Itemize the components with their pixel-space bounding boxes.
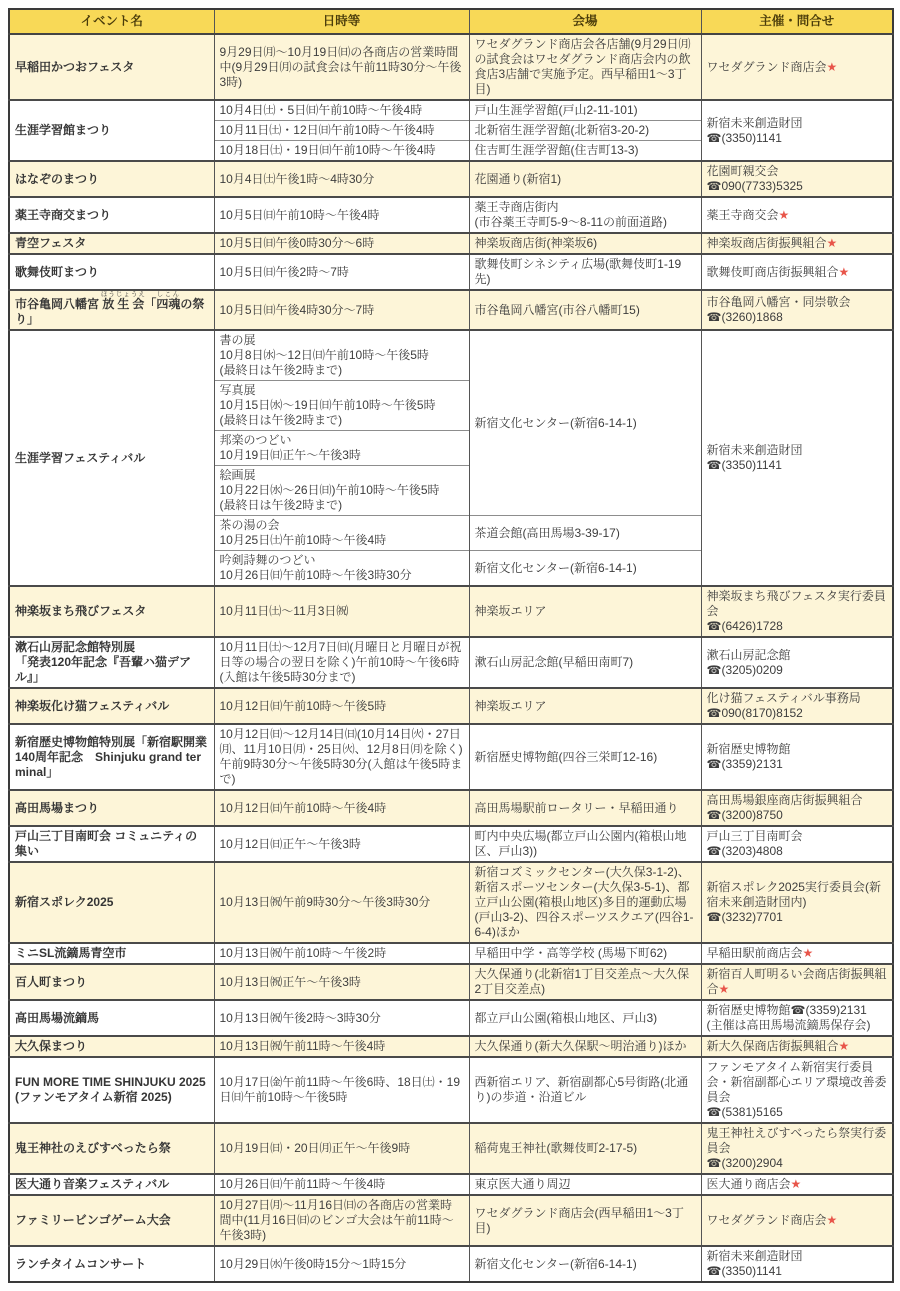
event-venue: 都立戸山公園(箱根山地区、戸山3) (469, 1000, 701, 1036)
event-venue: 稲荷鬼王神社(歌舞伎町2-17-5) (469, 1123, 701, 1174)
event-venue: 茶道会館(高田馬場3-39-17) (469, 516, 701, 551)
event-datetime: 10月12日㈰正午〜午後3時 (214, 826, 469, 862)
event-venue: 花園通り(新宿1) (469, 161, 701, 197)
event-organizer: 新宿未来創造財団 ☎(3350)1141 (701, 100, 893, 161)
event-organizer: 新宿未来創造財団 ☎(3350)1141 (701, 330, 893, 586)
event-name: 市谷亀岡八幡宮 放生会ほうじょうえ「四魂しこんの祭り」 (9, 290, 214, 330)
event-organizer: 鬼王神社えびすべったら祭実行委員会 ☎(3200)2904 (701, 1123, 893, 1174)
event-datetime: 10月5日㈰午前10時〜午後4時 (214, 197, 469, 233)
event-name: はなぞのまつり (9, 161, 214, 197)
star-icon: ★ (827, 60, 838, 74)
event-name: 神楽坂まち飛びフェスタ (9, 586, 214, 637)
event-organizer: 神楽坂商店街振興組合★ (701, 233, 893, 254)
star-icon: ★ (839, 265, 850, 279)
event-name: 高田馬場まつり (9, 790, 214, 826)
event-venue: 町内中央広場(都立戸山公園内(箱根山地区、戸山3)) (469, 826, 701, 862)
event-datetime: 10月12日㈰〜12月14日㈰(10月14日㈫・27日㈪、11月10日㈪・25日… (214, 724, 469, 790)
column-header-datetime: 日時等 (214, 9, 469, 34)
event-datetime: 10月18日㈯・19日㈰午前10時〜午後4時 (214, 141, 469, 162)
event-name: 鬼王神社のえびすべったら祭 (9, 1123, 214, 1174)
event-organizer: 薬王寺商交会★ (701, 197, 893, 233)
table-row: 市谷亀岡八幡宮 放生会ほうじょうえ「四魂しこんの祭り」10月5日㈰午後4時30分… (9, 290, 893, 330)
event-name: 百人町まつり (9, 964, 214, 1000)
event-venue: 神楽坂エリア (469, 688, 701, 724)
event-organizer: ワセダグランド商店会★ (701, 1195, 893, 1246)
event-venue: 歌舞伎町シネシティ広場(歌舞伎町1-19先) (469, 254, 701, 290)
star-icon: ★ (791, 1177, 802, 1191)
event-venue: 西新宿エリア、新宿副都心5号街路(北通り)の歩道・沿道ビル (469, 1057, 701, 1123)
table-row: 神楽坂化け猫フェスティバル10月12日㈰午前10時〜午後5時神楽坂エリア化け猫フ… (9, 688, 893, 724)
event-organizer: 新宿歴史博物館☎(3359)2131 (主催は高田馬場流鏑馬保存会) (701, 1000, 893, 1036)
event-datetime: 10月11日㈯〜11月3日㈷ (214, 586, 469, 637)
event-organizer: 新宿未来創造財団 ☎(3350)1141 (701, 1246, 893, 1282)
event-datetime: 10月4日㈯・5日㈰午前10時〜午後4時 (214, 100, 469, 121)
event-organizer: 戸山三丁目南町会 ☎(3203)4808 (701, 826, 893, 862)
table-row: 生涯学習フェスティバル書の展 10月8日㈬〜12日㈰午前10時〜午後5時 (最終… (9, 330, 893, 381)
event-datetime: 絵画展 10月22日㈬〜26日㈰)午前10時〜午後5時 (最終日は午後2時まで) (214, 466, 469, 516)
event-organizer: 新宿百人町明るい会商店街振興組合★ (701, 964, 893, 1000)
table-row: 漱石山房記念館特別展 「発表120年記念『吾輩ハ猫デアル』」10月11日㈯〜12… (9, 637, 893, 688)
event-datetime: 10月13日㈷午前10時〜午後2時 (214, 943, 469, 964)
table-row: 百人町まつり10月13日㈷正午〜午後3時大久保通り(北新宿1丁目交差点〜大久保2… (9, 964, 893, 1000)
event-venue: 高田馬場駅前ロータリー・早稲田通り (469, 790, 701, 826)
event-name: 歌舞伎町まつり (9, 254, 214, 290)
table-row: 新宿歴史博物館特別展「新宿駅開業140周年記念 Shinjuku grand t… (9, 724, 893, 790)
table-row: 早稲田かつおフェスタ9月29日㈪〜10月19日㈰の各商店の営業時間中(9月29日… (9, 34, 893, 100)
star-icon: ★ (803, 946, 814, 960)
event-organizer: 漱石山房記念館 ☎(3205)0209 (701, 637, 893, 688)
event-venue: ワセダグランド商店会各店舗(9月29日㈪の試食会はワセダグランド商店会内の飲食店… (469, 34, 701, 100)
event-name: 医大通り音楽フェスティバル (9, 1174, 214, 1195)
event-organizer: ファンモアタイム新宿実行委員会・新宿副都心エリア環境改善委員会 ☎(5381)5… (701, 1057, 893, 1123)
event-datetime: 9月29日㈪〜10月19日㈰の各商店の営業時間中(9月29日㈪の試食会は午前11… (214, 34, 469, 100)
event-datetime: 茶の湯の会 10月25日㈯午前10時〜午後4時 (214, 516, 469, 551)
event-name: ミニSL流鏑馬青空市 (9, 943, 214, 964)
event-datetime: 写真展 10月15日㈬〜19日㈰午前10時〜午後5時 (最終日は午後2時まで) (214, 381, 469, 431)
event-name: 漱石山房記念館特別展 「発表120年記念『吾輩ハ猫デアル』」 (9, 637, 214, 688)
table-row: 薬王寺商交まつり10月5日㈰午前10時〜午後4時薬王寺商店街内 (市谷薬王寺町5… (9, 197, 893, 233)
table-row: 高田馬場流鏑馬10月13日㈷午後2時〜3時30分都立戸山公園(箱根山地区、戸山3… (9, 1000, 893, 1036)
column-header-event: イベント名 (9, 9, 214, 34)
event-venue: ワセダグランド商店会(西早稲田1〜3丁目) (469, 1195, 701, 1246)
event-datetime: 10月5日㈰午後0時30分〜6時 (214, 233, 469, 254)
table-row: 新宿スポレク202510月13日㈷午前9時30分〜午後3時30分新宿コズミックセ… (9, 862, 893, 943)
event-organizer: 歌舞伎町商店街振興組合★ (701, 254, 893, 290)
table-row: ランチタイムコンサート10月29日㈬午後0時15分〜1時15分新宿文化センター(… (9, 1246, 893, 1282)
event-organizer: 花園町親交会 ☎090(7733)5325 (701, 161, 893, 197)
star-icon: ★ (839, 1039, 850, 1053)
event-organizer: 新宿歴史博物館 ☎(3359)2131 (701, 724, 893, 790)
event-venue: 新宿文化センター(新宿6-14-1) (469, 551, 701, 587)
table-row: 高田馬場まつり10月12日㈰午前10時〜午後4時高田馬場駅前ロータリー・早稲田通… (9, 790, 893, 826)
event-name: 高田馬場流鏑馬 (9, 1000, 214, 1036)
event-datetime: 邦楽のつどい 10月19日㈰正午〜午後3時 (214, 431, 469, 466)
event-venue: 戸山生涯学習館(戸山2-11-101) (469, 100, 701, 121)
event-datetime: 10月5日㈰午後4時30分〜7時 (214, 290, 469, 330)
event-name: 生涯学習フェスティバル (9, 330, 214, 586)
event-name: 生涯学習館まつり (9, 100, 214, 161)
column-header-venue: 会場 (469, 9, 701, 34)
table-row: FUN MORE TIME SHINJUKU 2025 (ファンモアタイム新宿 … (9, 1057, 893, 1123)
event-datetime: 10月12日㈰午前10時〜午後4時 (214, 790, 469, 826)
table-row: ミニSL流鏑馬青空市10月13日㈷午前10時〜午後2時早稲田中学・高等学校 (馬… (9, 943, 893, 964)
event-name: 新宿歴史博物館特別展「新宿駅開業140周年記念 Shinjuku grand t… (9, 724, 214, 790)
event-datetime: 10月17日㈮午前11時〜午後6時、18日㈯・19日㈰午前10時〜午後5時 (214, 1057, 469, 1123)
event-organizer: 神楽坂まち飛びフェスタ実行委員会 ☎(6426)1728 (701, 586, 893, 637)
event-venue: 新宿文化センター(新宿6-14-1) (469, 330, 701, 516)
event-datetime: 10月11日㈯〜12月7日㈰(月曜日と月曜日が祝日等の場合の翌日を除く)午前10… (214, 637, 469, 688)
event-datetime: 10月13日㈷午前9時30分〜午後3時30分 (214, 862, 469, 943)
event-datetime: 書の展 10月8日㈬〜12日㈰午前10時〜午後5時 (最終日は午後2時まで) (214, 330, 469, 381)
event-datetime: 10月4日㈯午後1時〜4時30分 (214, 161, 469, 197)
event-name: 薬王寺商交まつり (9, 197, 214, 233)
event-organizer: 高田馬場銀座商店街振興組合 ☎(3200)8750 (701, 790, 893, 826)
event-organizer: 化け猫フェスティバル事務局 ☎090(8170)8152 (701, 688, 893, 724)
event-name: 大久保まつり (9, 1036, 214, 1057)
event-organizer: 早稲田駅前商店会★ (701, 943, 893, 964)
star-icon: ★ (827, 236, 838, 250)
header-row: イベント名 日時等 会場 主催・問合せ (9, 9, 893, 34)
event-organizer: 市谷亀岡八幡宮・同崇敬会 ☎(3260)1868 (701, 290, 893, 330)
event-organizer: 新宿スポレク2025実行委員会(新宿未来創造財団内) ☎(3232)7701 (701, 862, 893, 943)
event-datetime: 吟剣詩舞のつどい 10月26日㈰午前10時〜午後3時30分 (214, 551, 469, 587)
event-datetime: 10月19日㈰・20日㈪正午〜午後9時 (214, 1123, 469, 1174)
table-row: 医大通り音楽フェスティバル10月26日㈰午前11時〜午後4時東京医大通り周辺医大… (9, 1174, 893, 1195)
table-row: 青空フェスタ10月5日㈰午後0時30分〜6時神楽坂商店街(神楽坂6)神楽坂商店街… (9, 233, 893, 254)
event-venue: 神楽坂商店街(神楽坂6) (469, 233, 701, 254)
event-venue: 北新宿生涯学習館(北新宿3-20-2) (469, 121, 701, 141)
event-datetime: 10月13日㈷午後2時〜3時30分 (214, 1000, 469, 1036)
event-organizer: 新大久保商店街振興組合★ (701, 1036, 893, 1057)
events-table-body: 早稲田かつおフェスタ9月29日㈪〜10月19日㈰の各商店の営業時間中(9月29日… (9, 34, 893, 1282)
table-row: 鬼王神社のえびすべったら祭10月19日㈰・20日㈪正午〜午後9時稲荷鬼王神社(歌… (9, 1123, 893, 1174)
event-datetime: 10月27日㈪〜11月16日㈰の各商店の営業時間中(11月16日㈰のビンゴ大会は… (214, 1195, 469, 1246)
event-datetime: 10月13日㈷正午〜午後3時 (214, 964, 469, 1000)
event-venue: 新宿文化センター(新宿6-14-1) (469, 1246, 701, 1282)
event-name: ランチタイムコンサート (9, 1246, 214, 1282)
event-venue: 神楽坂エリア (469, 586, 701, 637)
events-table: イベント名 日時等 会場 主催・問合せ 早稲田かつおフェスタ9月29日㈪〜10月… (8, 8, 894, 1283)
table-row: 歌舞伎町まつり10月5日㈰午後2時〜7時歌舞伎町シネシティ広場(歌舞伎町1-19… (9, 254, 893, 290)
table-row: 生涯学習館まつり10月4日㈯・5日㈰午前10時〜午後4時戸山生涯学習館(戸山2-… (9, 100, 893, 121)
event-venue: 新宿コズミックセンター(大久保3-1-2)、新宿スポーツセンター(大久保3-5-… (469, 862, 701, 943)
star-icon: ★ (719, 982, 730, 996)
table-row: 戸山三丁目南町会 コミュニティの集い10月12日㈰正午〜午後3時町内中央広場(都… (9, 826, 893, 862)
event-venue: 薬王寺商店街内 (市谷薬王寺町5-9〜8-11の前面道路) (469, 197, 701, 233)
star-icon: ★ (779, 208, 790, 222)
table-row: はなぞのまつり10月4日㈯午後1時〜4時30分花園通り(新宿1)花園町親交会 ☎… (9, 161, 893, 197)
event-datetime: 10月26日㈰午前11時〜午後4時 (214, 1174, 469, 1195)
event-organizer: ワセダグランド商店会★ (701, 34, 893, 100)
event-datetime: 10月13日㈷午前11時〜午後4時 (214, 1036, 469, 1057)
star-icon: ★ (827, 1213, 838, 1227)
event-datetime: 10月12日㈰午前10時〜午後5時 (214, 688, 469, 724)
event-venue: 早稲田中学・高等学校 (馬場下町62) (469, 943, 701, 964)
event-name: FUN MORE TIME SHINJUKU 2025 (ファンモアタイム新宿 … (9, 1057, 214, 1123)
event-name: 早稲田かつおフェスタ (9, 34, 214, 100)
event-venue: 東京医大通り周辺 (469, 1174, 701, 1195)
event-venue: 市谷亀岡八幡宮(市谷八幡町15) (469, 290, 701, 330)
event-name: ファミリービンゴゲーム大会 (9, 1195, 214, 1246)
event-datetime: 10月29日㈬午後0時15分〜1時15分 (214, 1246, 469, 1282)
table-row: 神楽坂まち飛びフェスタ10月11日㈯〜11月3日㈷神楽坂エリア神楽坂まち飛びフェ… (9, 586, 893, 637)
event-name: 新宿スポレク2025 (9, 862, 214, 943)
event-datetime: 10月5日㈰午後2時〜7時 (214, 254, 469, 290)
table-row: ファミリービンゴゲーム大会10月27日㈪〜11月16日㈰の各商店の営業時間中(1… (9, 1195, 893, 1246)
event-name: 青空フェスタ (9, 233, 214, 254)
event-venue: 新宿歴史博物館(四谷三栄町12-16) (469, 724, 701, 790)
event-venue: 大久保通り(北新宿1丁目交差点〜大久保2丁目交差点) (469, 964, 701, 1000)
column-header-organizer: 主催・問合せ (701, 9, 893, 34)
event-name: 神楽坂化け猫フェスティバル (9, 688, 214, 724)
event-venue: 住吉町生涯学習館(住吉町13-3) (469, 141, 701, 162)
table-row: 大久保まつり10月13日㈷午前11時〜午後4時大久保通り(新大久保駅〜明治通り)… (9, 1036, 893, 1057)
event-venue: 漱石山房記念館(早稲田南町7) (469, 637, 701, 688)
event-datetime: 10月11日㈯・12日㈰午前10時〜午後4時 (214, 121, 469, 141)
event-organizer: 医大通り商店会★ (701, 1174, 893, 1195)
event-name: 戸山三丁目南町会 コミュニティの集い (9, 826, 214, 862)
event-venue: 大久保通り(新大久保駅〜明治通り)ほか (469, 1036, 701, 1057)
table-header: イベント名 日時等 会場 主催・問合せ (9, 9, 893, 34)
